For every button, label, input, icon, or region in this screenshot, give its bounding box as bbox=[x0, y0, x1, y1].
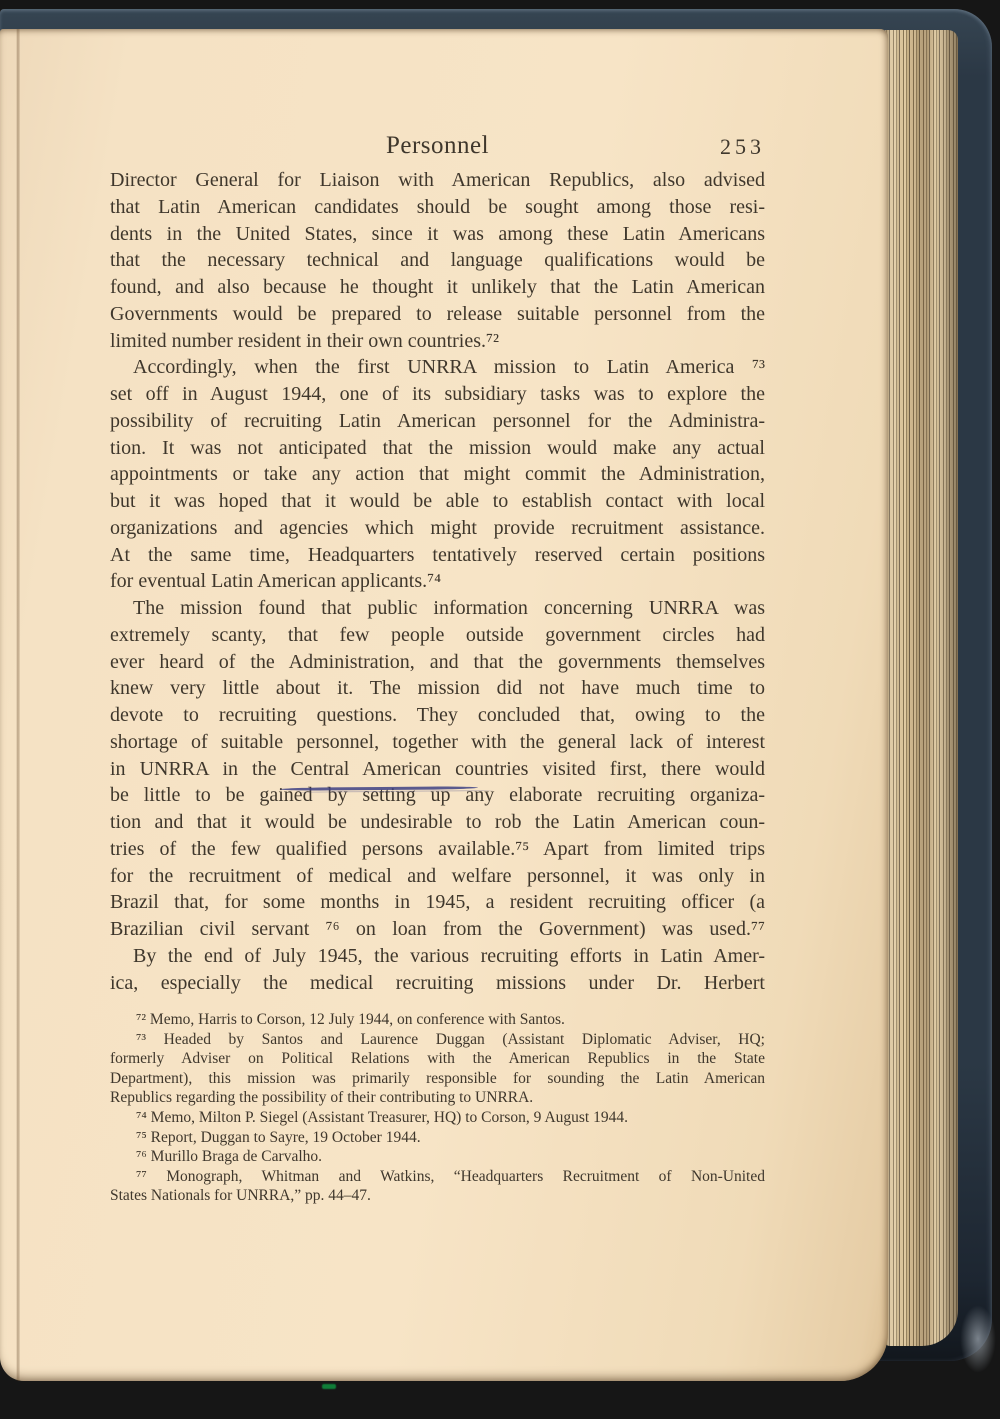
footnote-line: ⁷² Memo, Harris to Corson, 12 July 1944,… bbox=[110, 1010, 765, 1030]
footnote-line: ⁷⁴ Memo, Milton P. Siegel (Assistant Tre… bbox=[110, 1108, 765, 1128]
body-text-line: The mission found that public informatio… bbox=[110, 595, 765, 622]
body-text-line: but it was hoped that it would be able t… bbox=[110, 488, 765, 515]
body-text-line: that Latin American candidates should be… bbox=[110, 194, 765, 221]
body-text-line: appointments or take any action that mig… bbox=[110, 461, 765, 488]
body-text-line: Accordingly, when the first UNRRA missio… bbox=[110, 354, 765, 381]
body-text: Director General for Liaison with Americ… bbox=[110, 167, 765, 996]
body-text-line: found, and also because he thought it un… bbox=[110, 274, 765, 301]
body-text-line: tion and that it would be undesirable to… bbox=[110, 809, 765, 836]
body-text-line: in UNRRA in the Central American countri… bbox=[110, 756, 765, 783]
footnotes-section: ⁷² Memo, Harris to Corson, 12 July 1944,… bbox=[110, 1010, 765, 1206]
green-speck bbox=[322, 1384, 336, 1389]
body-text-line: By the end of July 1945, the various rec… bbox=[110, 943, 765, 970]
body-text-line: organizations and agencies which might p… bbox=[110, 515, 765, 542]
page-number: 253 bbox=[720, 134, 765, 160]
footnote-line: States Nationals for UNRRA,” pp. 44–47. bbox=[110, 1186, 765, 1206]
body-text-line: tion. It was not anticipated that the mi… bbox=[110, 435, 765, 462]
page-edges-stack bbox=[884, 30, 958, 1346]
footnote-line: ⁷⁷ Monograph, Whitman and Watkins, “Head… bbox=[110, 1167, 765, 1187]
body-text-line: knew very little about it. The mission d… bbox=[110, 675, 765, 702]
light-reflection bbox=[960, 1305, 996, 1373]
page-header: Personnel 253 bbox=[110, 132, 765, 164]
footnote-line: formerly Adviser on Political Relations … bbox=[110, 1049, 765, 1069]
footnote-line: Republics regarding the possibility of t… bbox=[110, 1088, 765, 1108]
footnote-line: ⁷⁵ Report, Duggan to Sayre, 19 October 1… bbox=[110, 1128, 765, 1148]
body-text-line: At the same time, Headquarters tentative… bbox=[110, 542, 765, 569]
body-text-line: extremely scanty, that few people outsid… bbox=[110, 622, 765, 649]
footnote-line: ⁷³ Headed by Santos and Laurence Duggan … bbox=[110, 1030, 765, 1050]
body-text-line: for eventual Latin American applicants.⁷… bbox=[110, 568, 765, 595]
gutter-crease bbox=[16, 29, 20, 1381]
body-text-line: possibility of recruiting Latin American… bbox=[110, 408, 765, 435]
body-text-line: tries of the few qualified persons avail… bbox=[110, 836, 765, 863]
book-photo: Personnel 253 Director General for Liais… bbox=[0, 0, 1000, 1419]
body-text-line: shortage of suitable personnel, together… bbox=[110, 729, 765, 756]
running-title: Personnel bbox=[110, 132, 765, 160]
body-text-line: Brazil that, for some months in 1945, a … bbox=[110, 889, 765, 916]
body-text-line: ever heard of the Administration, and th… bbox=[110, 649, 765, 676]
body-text-line: limited number resident in their own cou… bbox=[110, 328, 765, 355]
body-text-line: for the recruitment of medical and welfa… bbox=[110, 863, 765, 890]
body-text-line: set off in August 1944, one of its subsi… bbox=[110, 381, 765, 408]
body-text-line: that the necessary technical and languag… bbox=[110, 247, 765, 274]
footnote-line: ⁷⁶ Murillo Braga de Carvalho. bbox=[110, 1147, 765, 1167]
body-text-line: Director General for Liaison with Americ… bbox=[110, 167, 765, 194]
footnote-line: Department), this mission was primarily … bbox=[110, 1069, 765, 1089]
body-text-line: Governments would be prepared to release… bbox=[110, 301, 765, 328]
body-text-line: devote to recruiting questions. They con… bbox=[110, 702, 765, 729]
body-text-line: ica, especially the medical recruiting m… bbox=[110, 970, 765, 997]
book-page: Personnel 253 Director General for Liais… bbox=[0, 29, 888, 1381]
body-text-line: Brazilian civil servant ⁷⁶ on loan from … bbox=[110, 916, 765, 943]
body-text-line: dents in the United States, since it was… bbox=[110, 221, 765, 248]
